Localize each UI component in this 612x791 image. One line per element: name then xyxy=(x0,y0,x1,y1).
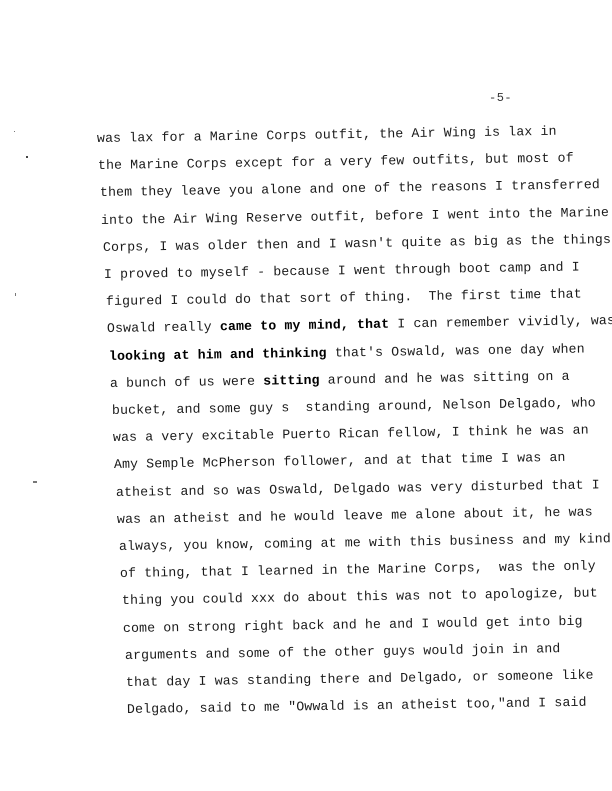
text-line: I proved to myself - because I went thro… xyxy=(104,260,580,282)
margin-mark xyxy=(26,156,28,158)
text-line: always, you know, coming at me with this… xyxy=(119,531,611,554)
text-line: was a very excitable Puerto Rican fellow… xyxy=(113,423,589,445)
text-line: Corps, I was older then and I wasn't qui… xyxy=(103,232,611,255)
text-line: Delgado, said to me "Owwald is an atheis… xyxy=(127,695,587,717)
text-line: atheist and so was Oswald, Delgado was v… xyxy=(116,477,600,500)
text-line: of thing, that I learned in the Marine C… xyxy=(120,559,596,581)
text-line: was an atheist and he would leave me alo… xyxy=(117,504,593,526)
text-line: Amy Semple McPherson follower, and at th… xyxy=(114,450,566,472)
text-line: thing you could xxx do about this was no… xyxy=(122,586,598,608)
margin-mark xyxy=(15,293,16,296)
margin-mark xyxy=(14,131,15,132)
margin-mark xyxy=(33,481,37,483)
text-line: figured I could do that sort of thing. T… xyxy=(106,287,582,309)
page-number: -5- xyxy=(489,91,512,105)
text-line: that day I was standing there and Delgad… xyxy=(126,668,594,690)
text-line: come on strong right back and he and I w… xyxy=(123,613,583,635)
text-line: was lax for a Marine Corps outfit, the A… xyxy=(97,124,557,146)
text-line: arguments and some of the other guys wou… xyxy=(124,641,560,663)
text-line: looking at him and thinking that's Oswal… xyxy=(108,341,584,363)
text-line: them they leave you alone and one of the… xyxy=(100,178,600,201)
text-line: the Marine Corps except for a very few o… xyxy=(98,151,574,173)
document-page: -5- was lax for a Marine Corps outfit, t… xyxy=(0,0,612,791)
text-line: bucket, and some guy s standing around, … xyxy=(111,395,595,418)
text-line: a bunch of us were sitting around and he… xyxy=(110,369,570,391)
text-line: into the Air Wing Reserve outfit, before… xyxy=(101,205,609,228)
text-line: Oswald really came to my mind, that I ca… xyxy=(107,313,612,336)
